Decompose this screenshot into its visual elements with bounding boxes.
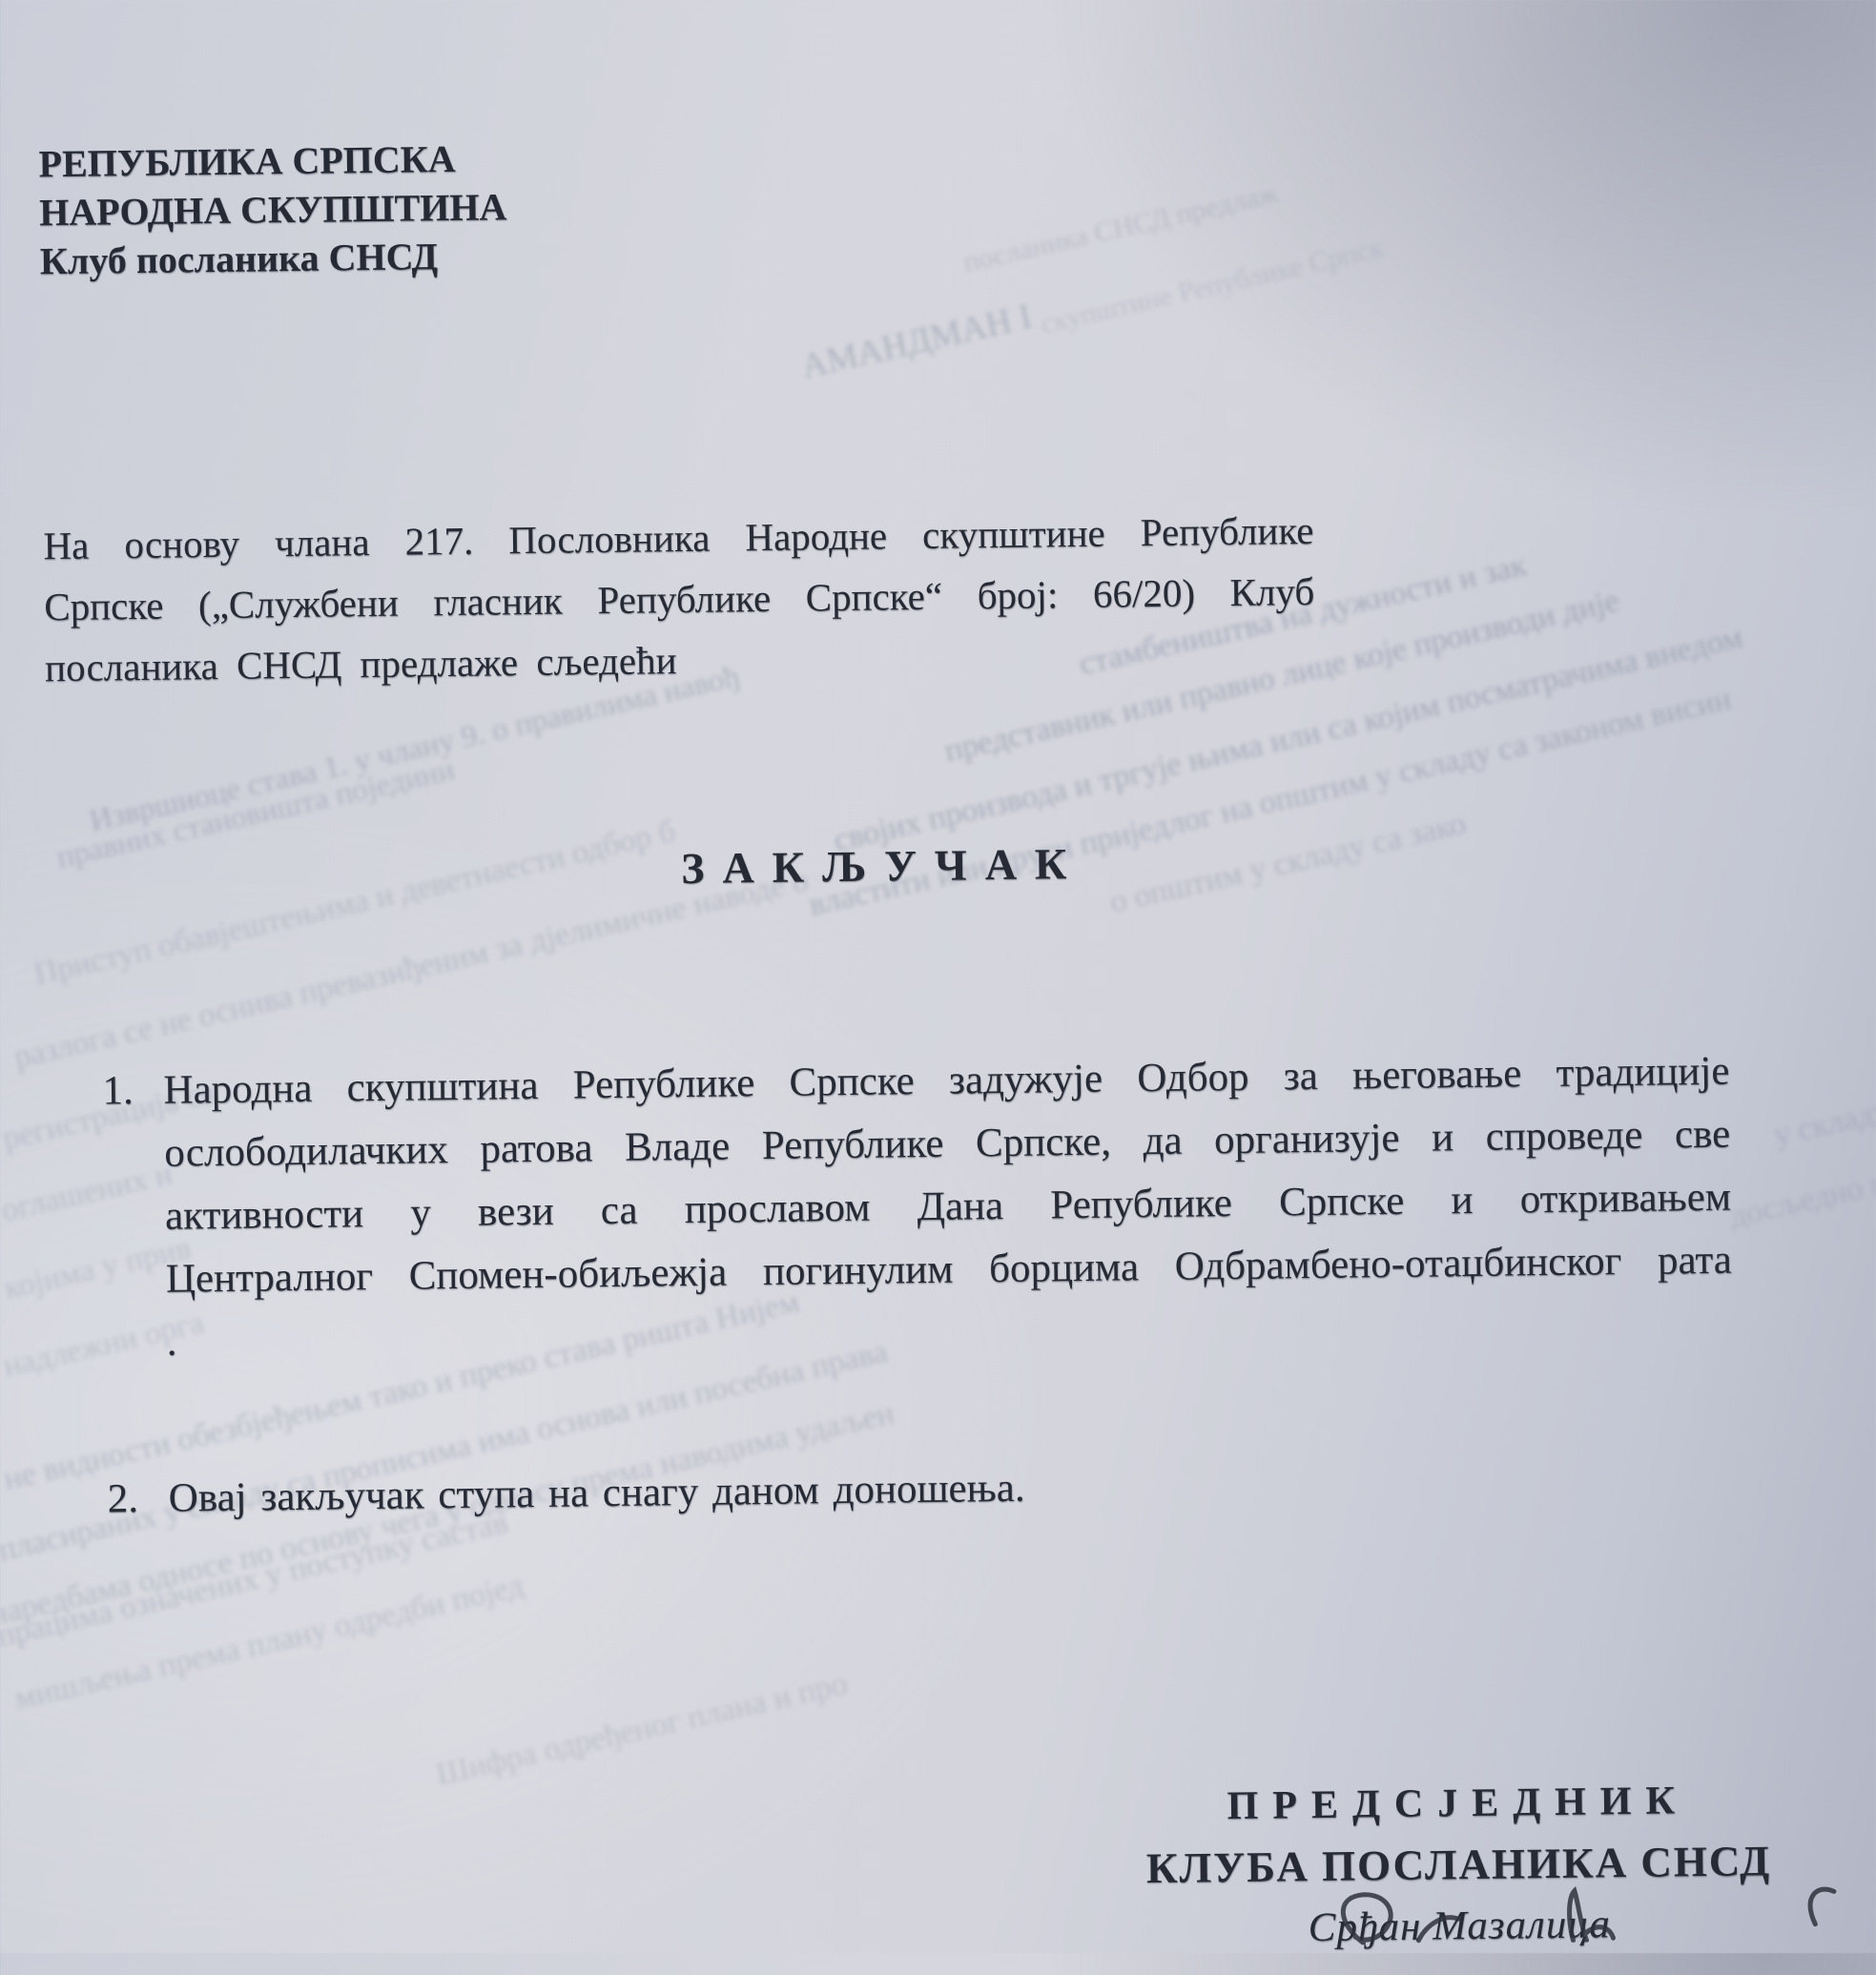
ghost-line: скупштине Републике Српск bbox=[1038, 232, 1387, 340]
letterhead-line-assembly: НАРОДНА СКУПШТИНА bbox=[39, 182, 507, 237]
intro-paragraph: На основу члана 217. Пословника Народне … bbox=[43, 500, 1315, 698]
item-text: Народна скупштина Републике Српске задуж… bbox=[163, 1040, 1733, 1374]
ghost-line: Приступ обавјештењима и деветнаести одбо… bbox=[31, 813, 678, 993]
ghost-line: досљедно п bbox=[1726, 1165, 1876, 1236]
list-item: 2. Овај закључак ступа на снагу даном до… bbox=[107, 1449, 1735, 1532]
letterhead: РЕПУБЛИКА СРПСКА НАРОДНА СКУПШТИНА Клуб … bbox=[38, 134, 507, 285]
ghost-line: Шифра одређеног плана и про bbox=[433, 1666, 851, 1794]
ghost-text-layer: АМАНДМАН I посланика СНСД предлаж скупшт… bbox=[0, 0, 1876, 1953]
ghost-line: АМАНДМАН I bbox=[797, 296, 1036, 387]
list-item: 1. Народна скупштина Републике Српске за… bbox=[102, 1040, 1733, 1375]
letterhead-line-republic: РЕПУБЛИКА СРПСКА bbox=[38, 134, 506, 188]
item-text: Овај закључак ступа на снагу даном донош… bbox=[168, 1449, 1735, 1531]
ghost-line: мишљења према плану одредби појед bbox=[11, 1568, 527, 1718]
handwritten-signature bbox=[1327, 1882, 1843, 1945]
ghost-line: посланика СНСД предлаж bbox=[960, 177, 1281, 279]
document-page: АМАНДМАН I посланика СНСД предлаж скупшт… bbox=[0, 0, 1876, 1953]
item-number: 1. bbox=[102, 1060, 164, 1123]
letterhead-line-club: Клуб посланика СНСД bbox=[40, 231, 508, 285]
ghost-line: у складу bbox=[1770, 1093, 1876, 1154]
signature-role-title: ПРЕДСЈЕДНИК bbox=[1128, 1770, 1787, 1837]
conclusion-list: 1. Народна скупштина Републике Српске за… bbox=[102, 1040, 1735, 1532]
item-number: 2. bbox=[107, 1468, 169, 1532]
document-title: ЗАКЉУЧАК bbox=[9, 830, 1757, 901]
